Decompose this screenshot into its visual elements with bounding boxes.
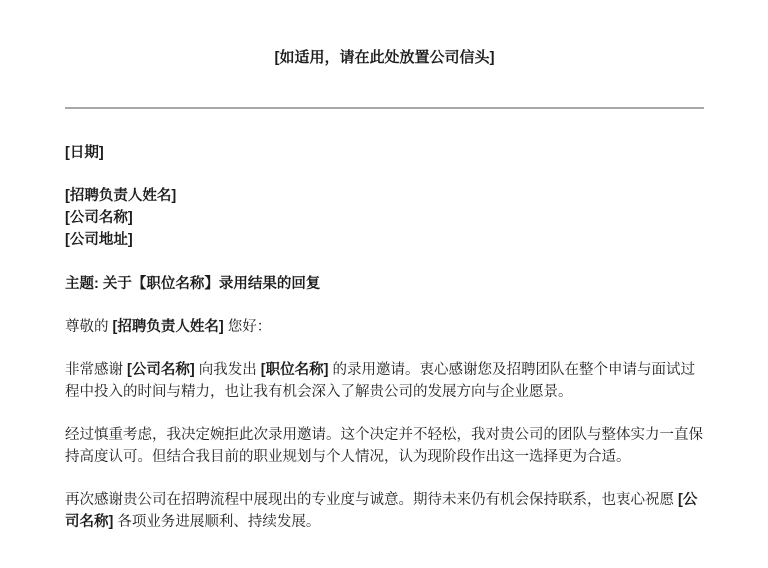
paragraph-run: 非常感谢 bbox=[65, 362, 127, 378]
date-line: [日期] bbox=[65, 142, 704, 164]
paragraph-run: 向我发出 bbox=[195, 362, 261, 378]
greeting-run: 尊敬的 bbox=[65, 319, 113, 335]
letter-page: [如适用，请在此处放置公司信头] [日期] [招聘负责人姓名] [公司名称] [… bbox=[0, 0, 768, 568]
greeting-recipient-placeholder: [招聘负责人姓名] bbox=[113, 319, 224, 335]
paragraph-thanks: 非常感谢 [公司名称] 向我发出 [职位名称] 的录用邀请。衷心感谢您及招聘团队… bbox=[65, 360, 704, 403]
subject-line: 主题: 关于【职位名称】录用结果的回复 bbox=[65, 273, 704, 295]
recipient-company-line: [公司名称] bbox=[65, 207, 704, 229]
company-name-placeholder: [公司名称] bbox=[127, 362, 195, 378]
paragraph-closing: 再次感谢贵公司在招聘流程中展现出的专业度与诚意。期待未来仍有机会保持联系，也衷心… bbox=[65, 490, 704, 533]
position-name-placeholder: [职位名称] bbox=[261, 362, 329, 378]
greeting-run: 您好： bbox=[224, 319, 272, 335]
paragraph-run: 各项业务进展顺利、持续发展。 bbox=[113, 514, 320, 530]
greeting-line: 尊敬的 [招聘负责人姓名] 您好： bbox=[65, 316, 704, 338]
divider bbox=[65, 107, 704, 109]
paragraph-run: 经过慎重考虑，我决定婉拒此次录用邀请。这个决定并不轻松，我对贵公司的团队与整体实… bbox=[65, 427, 703, 465]
paragraph-decline: 经过慎重考虑，我决定婉拒此次录用邀请。这个决定并不轻松，我对贵公司的团队与整体实… bbox=[65, 425, 704, 468]
recipient-block: [招聘负责人姓名] [公司名称] [公司地址] bbox=[65, 185, 704, 251]
paragraph-run: 再次感谢贵公司在招聘流程中展现出的专业度与诚意。期待未来仍有机会保持联系，也衷心… bbox=[65, 492, 678, 508]
letterhead-placeholder: [如适用，请在此处放置公司信头] bbox=[65, 47, 704, 69]
recipient-name-line: [招聘负责人姓名] bbox=[65, 185, 704, 207]
recipient-address-line: [公司地址] bbox=[65, 229, 704, 251]
